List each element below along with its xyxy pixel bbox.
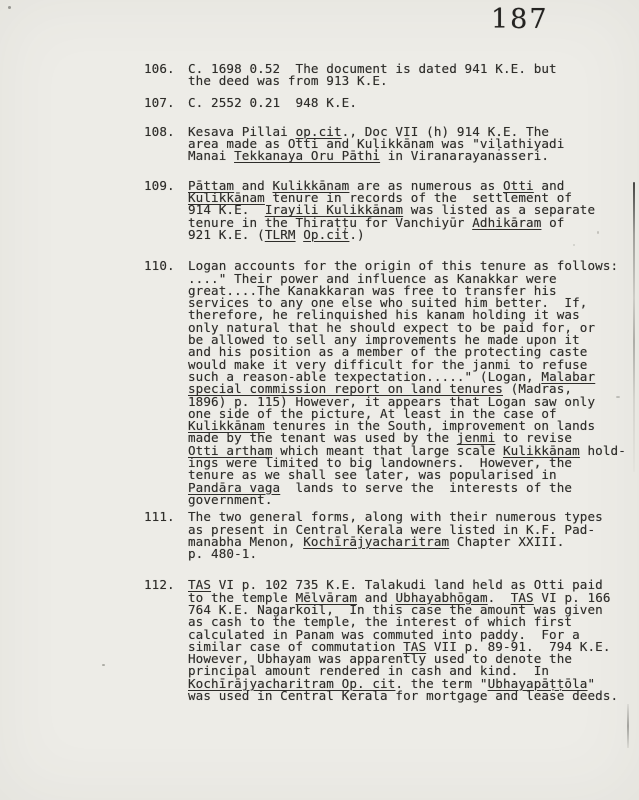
footnote-number: 109. [144,180,188,192]
footnote-body: The two general forms, along with their … [188,511,636,560]
footnote-number: 107. [144,97,188,109]
underlined-text: Op.cit [303,227,349,242]
text-segment: of [541,215,564,230]
footnote-body: Pāttam and Kulikkānam are as numerous as… [188,180,636,241]
footnote-line: Manai Tekkanaya Oru Pāthi in Viranarayan… [188,150,636,162]
page-number: 187 [491,4,549,35]
footnote-line: the deed was from 913 K.E. [188,75,636,87]
footnote-body: C. 2552 0.21 948 K.E. [188,97,636,109]
footnote-number: 111. [144,511,188,523]
underlined-text: Tekkanaya Oru Pāthi [234,148,380,163]
text-segment: the deed was from 913 K.E. [188,73,388,88]
footnote-item: 112. TAS VI p. 102 735 K.E. Talakudi lan… [144,579,636,702]
footnote-line: p. 480-1. [188,548,636,560]
text-segment: Chapter XXIII. [449,534,564,549]
underlined-text: Adhikāram [472,215,541,230]
footnote-body: Kesava Pillai op.cit., Doc VII (h) 914 K… [188,126,636,163]
footnote-item: 107. C. 2552 0.21 948 K.E. [144,97,636,109]
scan-speck [8,6,11,9]
footnote-list: 106. C. 1698 0.52 The document is dated … [144,63,636,702]
text-segment: was used in Central Kerala for mortgage … [188,688,618,703]
text-segment: government. [188,492,273,507]
footnote-line: 921 K.E. (TLRM Op.cit.) [188,229,636,241]
text-segment: .) [349,227,364,242]
footnote-line: was used in Central Kerala for mortgage … [188,690,636,702]
text-segment: p. 480-1. [188,546,257,561]
text-segment: hold- [580,443,626,458]
underlined-text: Kochīrājyacharitram [303,534,449,549]
text-segment: Manai [188,148,234,163]
scanned-document-page: 187 106. C. 1698 0.52 The document is da… [0,0,639,800]
text-segment: in Viranarayanasseri. [380,148,549,163]
footnote-body: C. 1698 0.52 The document is dated 941 K… [188,63,636,88]
scan-speck [616,396,620,398]
scan-speck [597,231,599,234]
footnote-number: 110. [144,260,188,272]
footnote-line: C. 2552 0.21 948 K.E. [188,97,636,109]
text-segment: C. 2552 0.21 948 K.E. [188,95,357,110]
footnote-number: 108. [144,126,188,138]
footnote-line: government. [188,494,636,506]
text-segment: 921 K.E. ( [188,227,265,242]
footnote-item: 108. Kesava Pillai op.cit., Doc VII (h) … [144,126,636,163]
underlined-text: TLRM [265,227,296,242]
scan-speck [573,244,575,246]
footnote-item: 106. C. 1698 0.52 The document is dated … [144,63,636,88]
scan-speck [102,664,105,666]
footnote-body: Logan accounts for the origin of this te… [188,260,636,506]
footnote-item: 110. Logan accounts for the origin of th… [144,260,636,506]
footnote-body: TAS VI p. 102 735 K.E. Talakudi land hel… [188,579,636,702]
footnote-number: 106. [144,63,188,75]
text-segment: lands to serve the interests of the [280,480,572,495]
scan-scratch-artifact [627,704,629,748]
footnote-item: 109. Pāttam and Kulikkānam are as numero… [144,180,636,241]
footnote-number: 112. [144,579,188,591]
footnote-item: 111. The two general forms, along with t… [144,511,636,560]
scan-scratch-artifact [633,182,635,472]
